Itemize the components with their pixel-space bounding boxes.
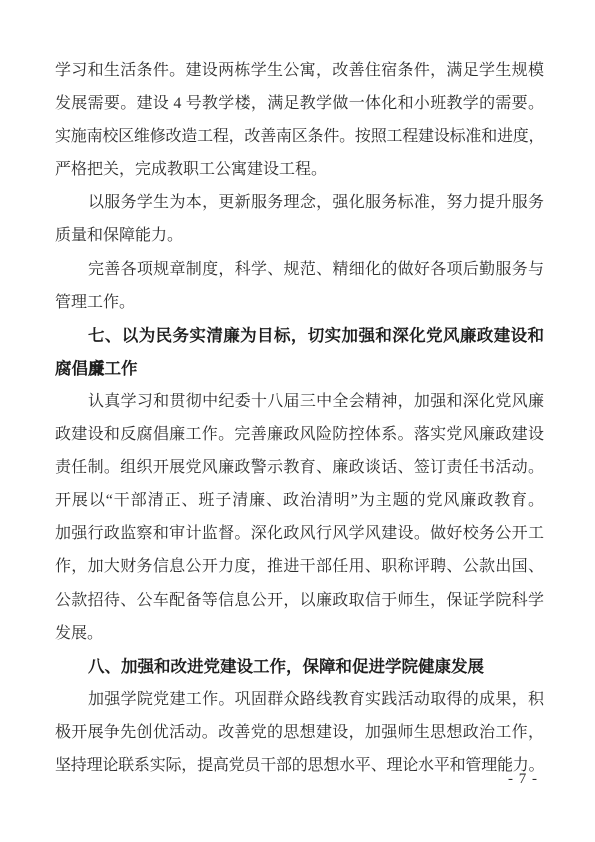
body-text-line: 以服务学生为本，更新服务理念，强化服务标准，努力提升服务 [55,186,544,219]
body-text-line: 加强学院党建工作。巩固群众路线教育实践活动取得的成果，积 [55,683,544,716]
body-text-line: 发展。 [55,617,544,650]
document-text-block: 学习和生活条件。建设两栋学生公寓，改善住宿条件，满足学生规模 发展需要。建设 4… [55,54,544,782]
body-text-line: 极开展争先创优活动。改善党的思想建设，加强师生思想政治工作， [55,716,544,749]
body-text-line: 实施南校区维修改造工程，改善南区条件。按照工程建设标准和进度， [55,120,544,153]
body-text-line: 开展以“干部清正、班子清廉、政治清明”为主题的党风廉政教育。 [55,484,544,517]
body-text-line: 管理工作。 [55,286,544,319]
section-heading-7: 七、以为民务实清廉为目标，切实加强和深化党风廉政建设和反 [55,319,544,352]
section-heading-7-cont: 腐倡廉工作 [55,352,544,385]
body-text-line: 政建设和反腐倡廉工作。完善廉政风险防控体系。落实党风廉政建设 [55,418,544,451]
body-text-line: 作，加大财务信息公开力度，推进干部任用、职称评聘、公款出国、 [55,550,544,583]
body-text-line: 认真学习和贯彻中纪委十八届三中全会精神，加强和深化党风廉 [55,385,544,418]
body-text-line: 加强行政监察和审计监督。深化政风行风学风建设。做好校务公开工 [55,517,544,550]
page-number: - 7 - [508,768,538,790]
body-text-line: 责任制。组织开展党风廉政警示教育、廉政谈话、签订责任书活动。 [55,451,544,484]
body-text-line: 质量和保障能力。 [55,219,544,252]
body-text-line: 学习和生活条件。建设两栋学生公寓，改善住宿条件，满足学生规模 [55,54,544,87]
body-text-line: 坚持理论联系实际，提高党员干部的思想水平、理论水平和管理能力。 [55,749,544,782]
body-text-line: 发展需要。建设 4 号教学楼，满足教学做一体化和小班教学的需要。 [55,87,544,120]
section-heading-8: 八、加强和改进党建设工作，保障和促进学院健康发展 [55,650,544,683]
body-text-line: 公款招待、公车配备等信息公开，以廉政取信于师生，保证学院科学 [55,584,544,617]
body-text-line: 完善各项规章制度，科学、规范、精细化的做好各项后勤服务与 [55,253,544,286]
body-text-line: 严格把关，完成教职工公寓建设工程。 [55,153,544,186]
document-page: 学习和生活条件。建设两栋学生公寓，改善住宿条件，满足学生规模 发展需要。建设 4… [0,0,595,842]
